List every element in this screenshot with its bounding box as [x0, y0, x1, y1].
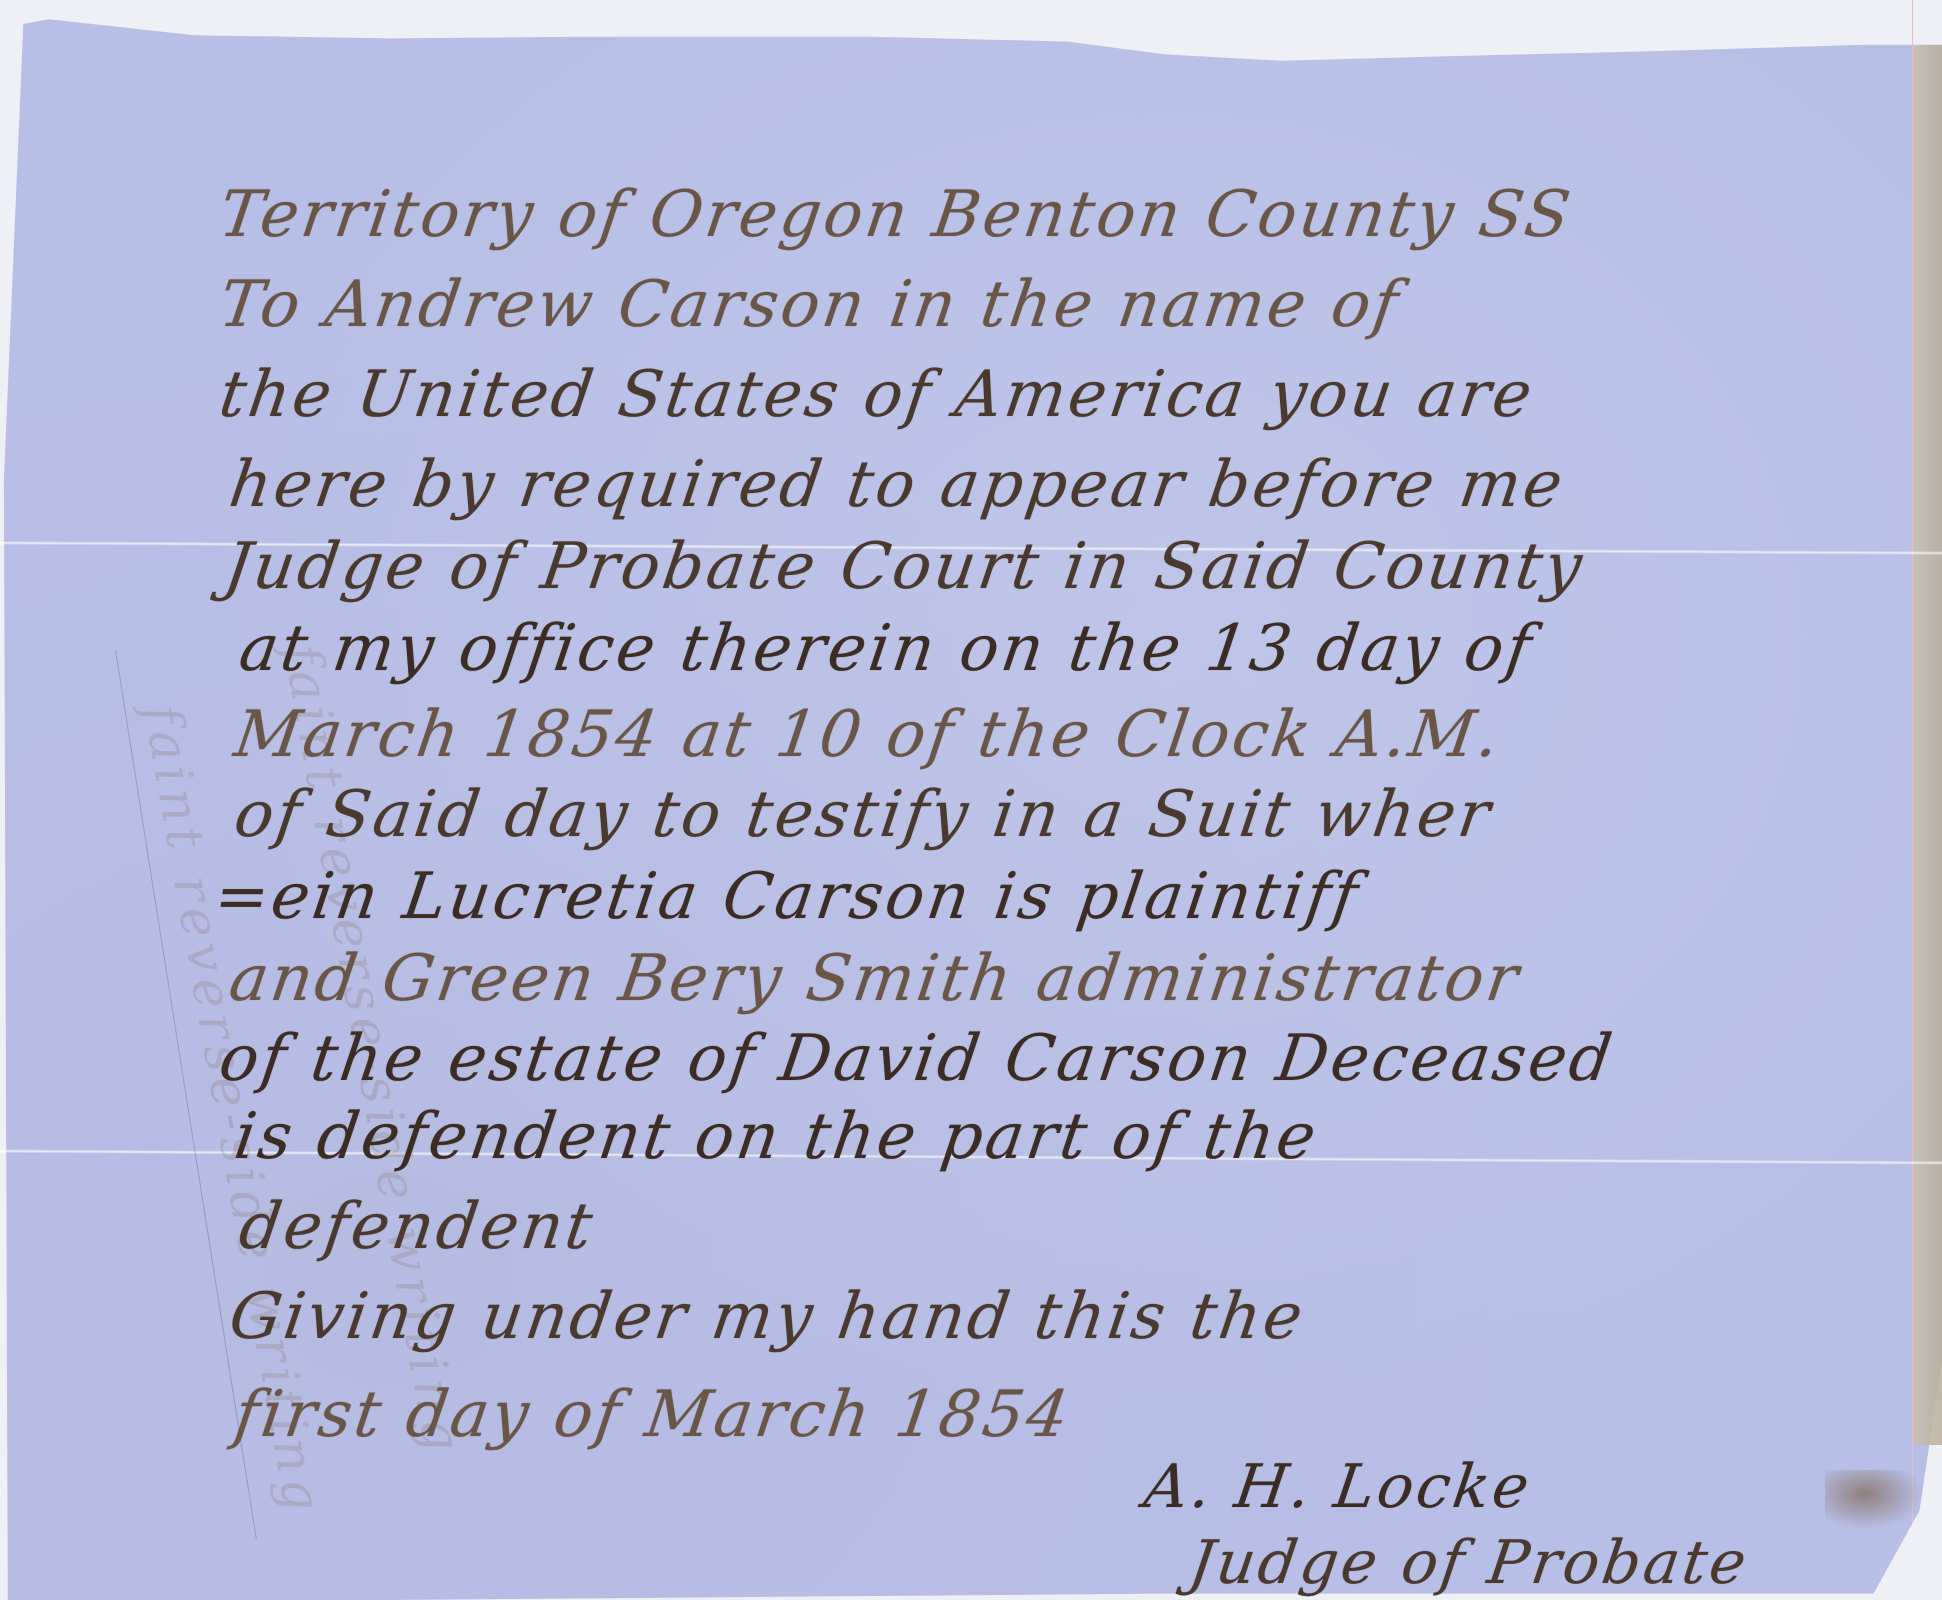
document-body: Territory of Oregon Benton County SS To … — [0, 0, 1942, 1600]
body-line: here by required to appear before me — [225, 448, 1570, 522]
body-line: Giving under my hand this the — [225, 1280, 1310, 1354]
signature-title: Judge of Probate — [1185, 1528, 1753, 1598]
body-line: =ein Lucretia Carson is plaintiff — [210, 860, 1365, 934]
scanned-document: faint reverse-side writing faint reverse… — [0, 0, 1942, 1600]
body-line: March 1854 at 10 of the Clock A.M. — [230, 698, 1506, 772]
body-line: Judge of Probate Court in Said County — [220, 530, 1589, 604]
body-line: is defendent on the part of the — [230, 1100, 1323, 1174]
body-line: at my office therein on the 13 day of — [235, 612, 1538, 686]
body-line: of the estate of David Carson Deceased — [215, 1022, 1619, 1096]
line-heading: Territory of Oregon Benton County SS — [215, 178, 1577, 252]
body-line: the United States of America you are — [215, 358, 1539, 432]
line-addressee: To Andrew Carson in the name of — [215, 268, 1405, 342]
signature-name: A. H. Locke — [1140, 1452, 1536, 1522]
body-line: defendent — [235, 1190, 600, 1264]
date-line: first day of March 1854 — [230, 1378, 1076, 1452]
body-line: and Green Bery Smith administrator — [225, 942, 1526, 1016]
body-line: of Said day to testify in a Suit wher — [230, 778, 1497, 852]
